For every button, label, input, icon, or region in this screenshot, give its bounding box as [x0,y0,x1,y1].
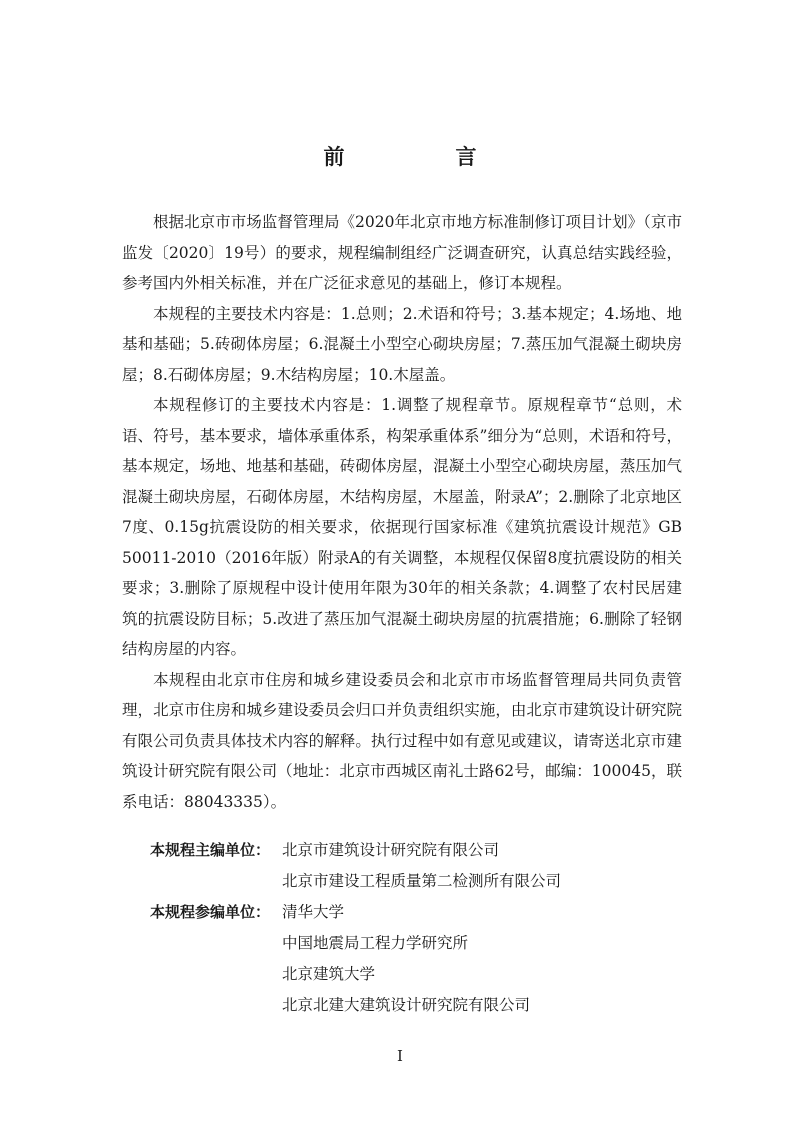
preface-body: 根据北京市市场监督管理局《2020年北京市地方标准制修订项目计划》（京市监发〔2… [122,207,682,817]
participating-unit-row: 北京北建大建筑设计研究院有限公司 [150,990,561,1021]
paragraph-revisions: 本规程修订的主要技术内容是：1.调整了规程章节。原规程章节“总则，术语、符号，基… [122,390,682,665]
chief-units-label: 本规程主编单位： [150,835,282,866]
page-title: 前 言 [0,141,800,171]
page-number: I [0,1047,800,1065]
participating-unit-name: 北京建筑大学 [282,959,375,990]
chief-unit-row: 本规程主编单位： 北京市建筑设计研究院有限公司 [150,835,561,866]
participating-unit-row: 本规程参编单位： 清华大学 [150,897,561,928]
participating-units-label: 本规程参编单位： [150,897,282,928]
participating-unit-name: 清华大学 [282,897,344,928]
document-page: 前 言 根据北京市市场监督管理局《2020年北京市地方标准制修订项目计划》（京市… [0,0,800,1133]
participating-unit-name: 北京北建大建筑设计研究院有限公司 [282,990,530,1021]
paragraph-basis: 根据北京市市场监督管理局《2020年北京市地方标准制修订项目计划》（京市监发〔2… [122,207,682,299]
paragraph-main-content: 本规程的主要技术内容是：1.总则；2.术语和符号；3.基本规定；4.场地、地基和… [122,299,682,391]
participating-unit-name: 中国地震局工程力学研究所 [282,928,468,959]
participating-unit-row: 北京建筑大学 [150,959,561,990]
chief-unit-name: 北京市建设工程质量第二检测所有限公司 [282,866,561,897]
participating-unit-row: 中国地震局工程力学研究所 [150,928,561,959]
paragraph-management: 本规程由北京市住房和城乡建设委员会和北京市市场监督管理局共同负责管理，北京市住房… [122,665,682,818]
compiling-units: 本规程主编单位： 北京市建筑设计研究院有限公司 北京市建设工程质量第二检测所有限… [150,835,561,1021]
chief-unit-name: 北京市建筑设计研究院有限公司 [282,835,499,866]
chief-unit-row: 北京市建设工程质量第二检测所有限公司 [150,866,561,897]
